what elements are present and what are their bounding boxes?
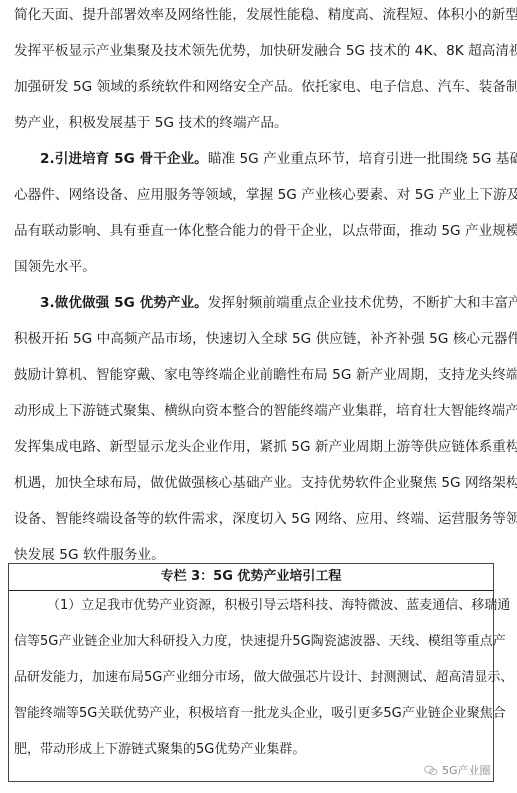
text-run: 瞄准 5G 产业重点环节，培育引进一批围绕 5G 基础材料、核	[208, 151, 517, 167]
text-line: 品有联动影响、具有垂直一体化整合能力的骨干企业，以点带面，推动 5G 产业规模达…	[14, 222, 517, 240]
watermark: 5G产业圈	[424, 762, 491, 778]
box-text-line: 智能终端等5G关联优势产业，积极培育一批龙头企业，吸引更多5G产业链企业聚焦合	[14, 705, 506, 723]
section-2-heading: 2.引进培育 5G 骨干企业。	[40, 151, 208, 167]
watermark-label: 5G产业圈	[442, 762, 491, 778]
text-line: 快发展 5G 软件服务业。	[14, 546, 165, 564]
text-line: 鼓励计算机、智能穿戴、家电等终端企业前瞻性布局 5G 新产业周期，支持龙头终端企…	[14, 366, 517, 384]
text-line: 设备、智能终端设备等的软件需求，深度切入 5G 网络、应用、终端、运营服务等领域…	[14, 510, 517, 528]
text-line: 发挥平板显示产业集聚及技术领先优势，加快研发融合 5G 技术的 4K、8K 超高…	[14, 42, 517, 60]
column-box-title: 专栏 3：5G 优势产业培引工程	[9, 564, 493, 591]
text-line: 国领先水平。	[14, 258, 96, 276]
wechat-icon	[424, 765, 438, 776]
box-text-line: 品研发能力，加速布局5G产业细分市场，做大做强芯片设计、封测测试、超高清显示、	[14, 669, 513, 687]
text-line: 加强研发 5G 领域的系统软件和网络安全产品。依托家电、电子信息、汽车、装备制造…	[14, 78, 517, 96]
text-line: 心器件、网络设备、应用服务等领域，掌握 5G 产业核心要素、对 5G 产业上下游…	[14, 186, 517, 204]
text-line: 简化天面、提升部署效率及网络性能，发展性能稳、精度高、流程短、体积小的新型天线。	[14, 6, 517, 24]
section-3-first-line: 3.做优做强 5G 优势产业。发挥射频前端重点企业技术优势，不断扩大和丰富产品线…	[40, 294, 517, 312]
text-line: 发挥集成电路、新型显示龙头企业作用，紧抓 5G 新产业周期上游等供应链体系重构的…	[14, 438, 517, 456]
text-line: 势产业，积极发展基于 5G 技术的终端产品。	[14, 114, 288, 132]
box-text-line: 信等5G产业链企业加大科研投入力度，快速提升5G陶瓷滤波器、天线、模组等重点产	[14, 633, 506, 651]
text-line: 机遇，加快全球布局，做优做强核心基础产业。支持优势软件企业聚焦 5G 网络架构、…	[14, 474, 517, 492]
text-line: 动形成上下游链式聚集、横纵向资本整合的智能终端产业集群，培育壮大智能终端产业。	[14, 402, 517, 420]
text-run: 发挥射频前端重点企业技术优势，不断扩大和丰富产品线，	[208, 295, 517, 311]
section-3-heading: 3.做优做强 5G 优势产业。	[40, 295, 208, 311]
box-text-line: （1）立足我市优势产业资源，积极引导云塔科技、海特微波、蓝麦通信、移瑞通	[47, 597, 510, 615]
text-line: 积极开拓 5G 中高频产品市场，快速切入全球 5G 供应链，补齐补强 5G 核心…	[14, 330, 517, 348]
box-text-line: 肥，带动形成上下游链式聚集的5G优势产业集群。	[14, 741, 305, 759]
section-2-first-line: 2.引进培育 5G 骨干企业。瞄准 5G 产业重点环节，培育引进一批围绕 5G …	[40, 150, 517, 168]
column-box: 专栏 3：5G 优势产业培引工程 （1）立足我市优势产业资源，积极引导云塔科技、…	[8, 563, 494, 782]
